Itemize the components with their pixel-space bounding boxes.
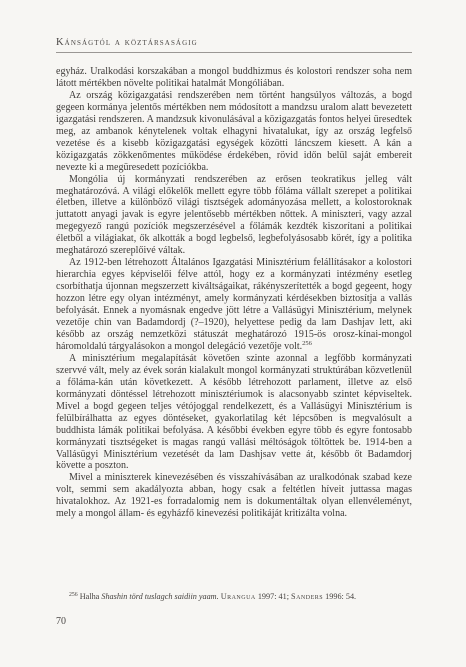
paragraph: A minisztérium megalapítását követően sz…	[56, 353, 412, 473]
book-page: Kánságtól a köztársaságig egyház. Uralko…	[0, 0, 466, 667]
page-number: 70	[56, 616, 66, 627]
paragraph: Az ország közigazgatási rendszerében nem…	[56, 90, 412, 174]
footnote-text: Halha Shashin törd tuslagch saidiin yaam…	[78, 592, 356, 601]
footnote-reference: 256	[302, 340, 312, 347]
paragraph: egyház. Uralkodási korszakában a mongol …	[56, 66, 412, 90]
paragraph: Mivel a miniszterek kinevezésében és vis…	[56, 472, 412, 520]
running-head: Kánságtól a köztársaságig	[56, 37, 412, 53]
footnote: 256 Halha Shashin törd tuslagch saidiin …	[56, 592, 412, 602]
body-text: egyház. Uralkodási korszakában a mongol …	[56, 66, 412, 520]
paragraph: Mongólia új kormányzati rendszerében az …	[56, 174, 412, 258]
footnote-marker: 256	[69, 592, 78, 598]
paragraph: Az 1912-ben létrehozott Általános Igazga…	[56, 257, 412, 353]
